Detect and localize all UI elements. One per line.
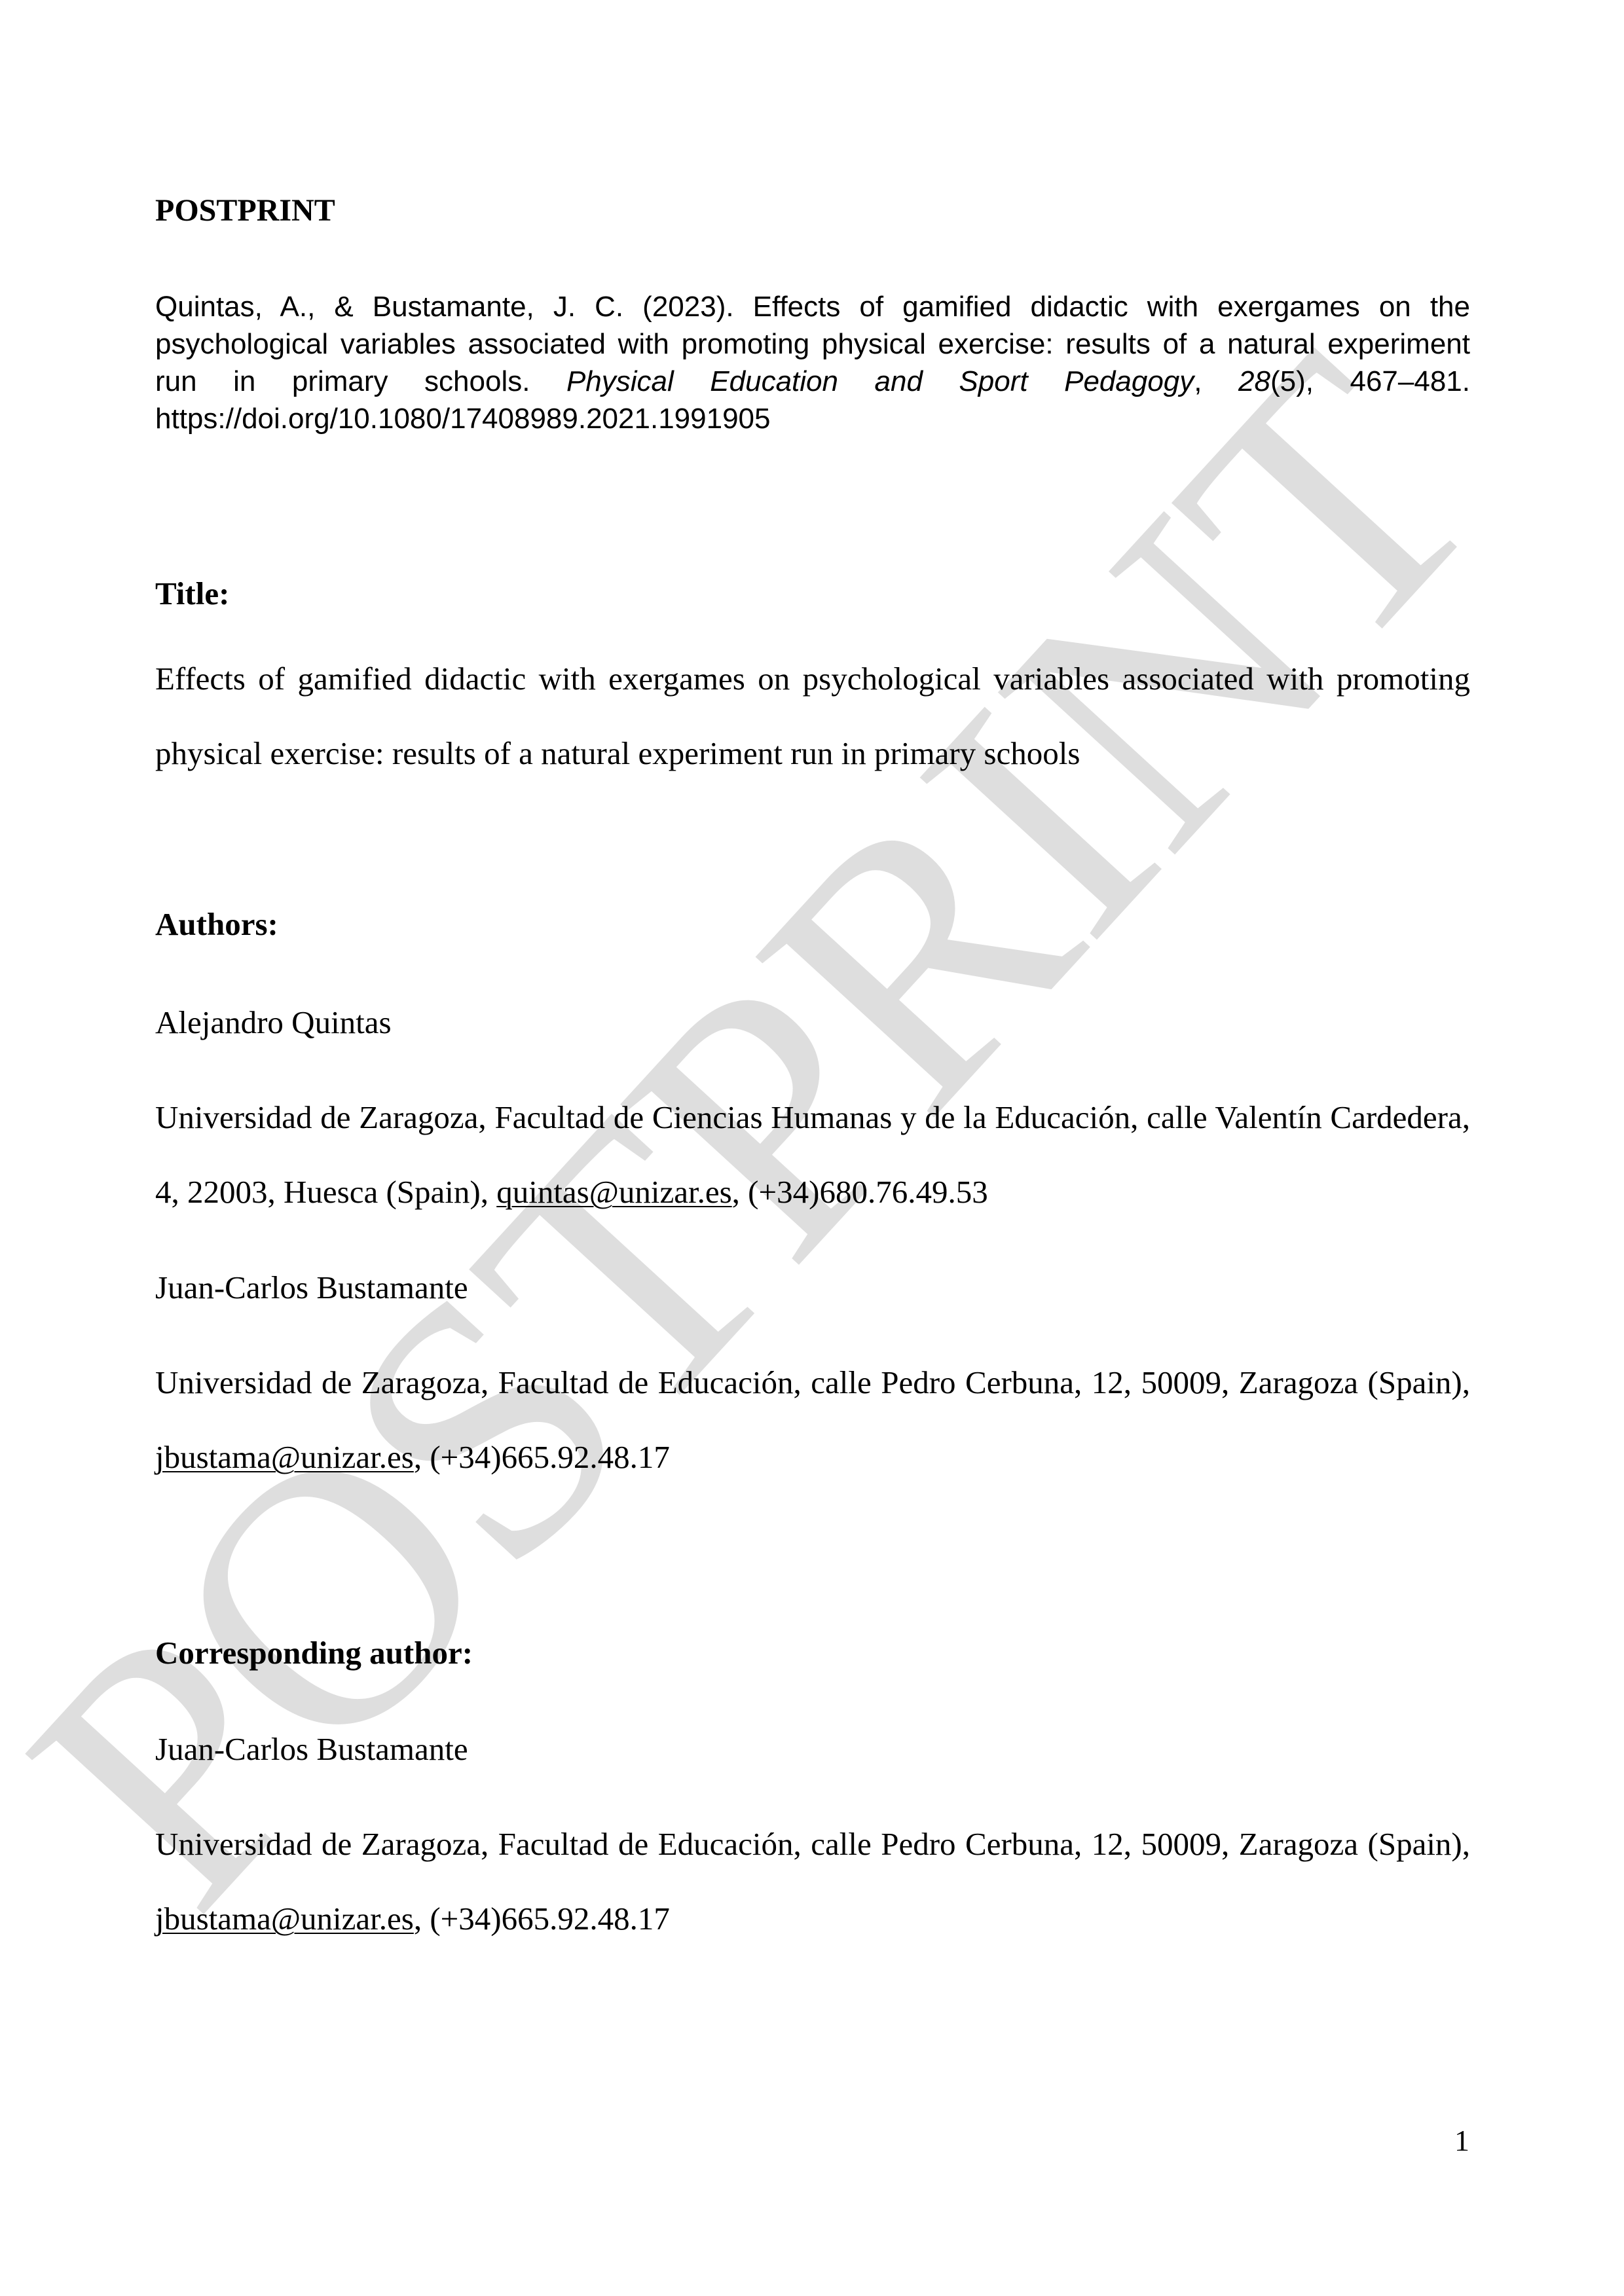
citation-volume: 28 <box>1238 365 1270 397</box>
authors-heading: Authors: <box>155 887 1470 962</box>
author-affiliation: Universidad de Zaragoza, Facultad de Cie… <box>155 1080 1470 1230</box>
citation-doi[interactable]: https://doi.org/10.1080/17408989.2021.19… <box>155 403 771 435</box>
author-name: Alejandro Quintas <box>155 985 1470 1060</box>
postprint-label: POSTPRINT <box>155 191 1470 230</box>
corresponding-author-affiliation: Universidad de Zaragoza, Facultad de Edu… <box>155 1807 1470 1956</box>
citation-journal: Physical Education and Sport Pedagogy <box>566 365 1194 397</box>
author-name: Juan-Carlos Bustamante <box>155 1250 1470 1325</box>
citation-separator: , <box>1194 365 1238 397</box>
corresponding-author-name: Juan-Carlos Bustamante <box>155 1712 1470 1787</box>
citation: Quintas, A., & Bustamante, J. C. (2023).… <box>155 288 1470 437</box>
title-heading: Title: <box>155 556 1470 631</box>
affiliation-address: Universidad de Zaragoza, Facultad de Edu… <box>155 1364 1470 1400</box>
page-number: 1 <box>1454 2121 1469 2160</box>
affiliation-address: Universidad de Zaragoza, Facultad de Edu… <box>155 1826 1470 1862</box>
author-phone: , (+34)665.92.48.17 <box>414 1439 670 1475</box>
paper-title: Effects of gamified didactic with exerga… <box>155 642 1470 791</box>
author-affiliation: Universidad de Zaragoza, Facultad de Edu… <box>155 1345 1470 1495</box>
author-email-link[interactable]: quintas@unizar.es <box>496 1174 731 1210</box>
corresponding-author-email-link[interactable]: jbustama@unizar.es <box>155 1901 414 1937</box>
citation-issue-pages: (5), 467–481. <box>1270 365 1470 397</box>
corresponding-author-heading: Corresponding author: <box>155 1616 1470 1690</box>
document-page: POSTPRINT Quintas, A., & Bustamante, J. … <box>0 0 1624 2296</box>
citation-authors-year: Quintas, A., & Bustamante, J. C. (2023). <box>155 291 753 323</box>
author-phone: , (+34)680.76.49.53 <box>732 1174 988 1210</box>
corresponding-author-phone: , (+34)665.92.48.17 <box>414 1901 670 1937</box>
author-email-link[interactable]: jbustama@unizar.es <box>155 1439 414 1475</box>
